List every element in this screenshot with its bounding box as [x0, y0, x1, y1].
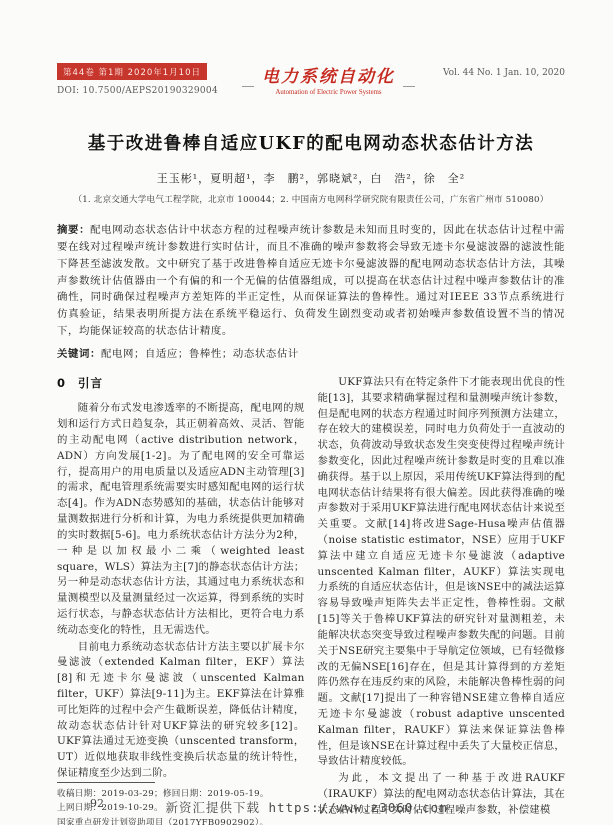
- header-issue-block: 第44卷 第1期 2020年1月10日 DOI: 10.7500/AEPS201…: [57, 60, 242, 96]
- journal-header: 第44卷 第1期 2020年1月10日 DOI: 10.7500/AEPS201…: [57, 60, 565, 96]
- journal-name-en: Automation of Electric Power Systems: [262, 89, 395, 96]
- header-divider-right: [403, 86, 415, 87]
- left-column: 0引言 随着分布式发电渗透率的不断提高，配电网的规划和运行方式日趋复杂，其正朝着…: [57, 375, 305, 788]
- keywords-label: 关键词：: [57, 348, 101, 360]
- keywords-text: 配电网；自适应；鲁棒性；动态状态估计: [101, 348, 299, 360]
- affiliation-line: （1. 北京交通大学电气工程学院，北京市 100044；2. 中国南方电网科学研…: [57, 193, 565, 205]
- journal-logo: 电力系统自动化 Automation of Electric Power Sys…: [254, 62, 403, 96]
- watermark-download-link[interactable]: 新资汇提供下载 https://www.z3060.com: [0, 798, 613, 816]
- issue-banner: 第44卷 第1期 2020年1月10日: [57, 63, 207, 80]
- authors-line: 王玉彬¹，夏明超¹，李 鹏²，郭晓斌²，白 浩²，徐 全²: [57, 170, 565, 186]
- footnote-funding: 国家重点研发计划资助项目（2017YFB0902902）。: [57, 816, 305, 825]
- left-paragraph-1: 随着分布式发电渗透率的不断提高，配电网的规划和运行方式日趋复杂，其正朝着高效、灵…: [57, 401, 305, 638]
- header-divider-left: [242, 86, 254, 87]
- header-center: 电力系统自动化 Automation of Electric Power Sys…: [242, 62, 415, 96]
- right-paragraph-1: UKF算法只有在特定条件下才能表现出优良的性能[13]，其要求精确掌握过程和量测…: [318, 375, 566, 770]
- right-column: UKF算法只有在特定条件下才能表现出优良的性能[13]，其要求精确掌握过程和量测…: [318, 375, 566, 788]
- section-heading-introduction: 0引言: [57, 375, 305, 392]
- article-title: 基于改进鲁棒自适应UKF的配电网动态状态估计方法: [57, 130, 565, 155]
- journal-name-cn: 电力系统自动化: [262, 62, 395, 87]
- abstract-text: 配电网动态状态估计中状态方程的过程噪声统计参数是未知而且时变的，因此在状态估计过…: [57, 224, 565, 337]
- footnote-divider: [57, 782, 155, 783]
- doi-text: DOI: 10.7500/AEPS20190329004: [57, 86, 242, 96]
- abstract-label: 摘要：: [57, 224, 90, 236]
- section-number: 0: [57, 376, 66, 390]
- abstract-block: 摘要：配电网动态状态估计中状态方程的过程噪声统计参数是未知而且时变的，因此在状态…: [57, 222, 565, 340]
- section-title: 引言: [78, 376, 103, 390]
- volume-info: Vol. 44 No. 1 Jan. 10, 2020: [415, 68, 565, 78]
- paper-page: 第44卷 第1期 2020年1月10日 DOI: 10.7500/AEPS201…: [0, 0, 613, 825]
- keywords-line: 关键词：配电网；自适应；鲁棒性；动态状态估计: [57, 345, 565, 360]
- body-columns: 0引言 随着分布式发电渗透率的不断提高，配电网的规划和运行方式日趋复杂，其正朝着…: [57, 375, 565, 788]
- left-paragraph-2: 目前电力系统动态状态估计方法主要以扩展卡尔曼滤波（extended Kalman…: [57, 640, 305, 782]
